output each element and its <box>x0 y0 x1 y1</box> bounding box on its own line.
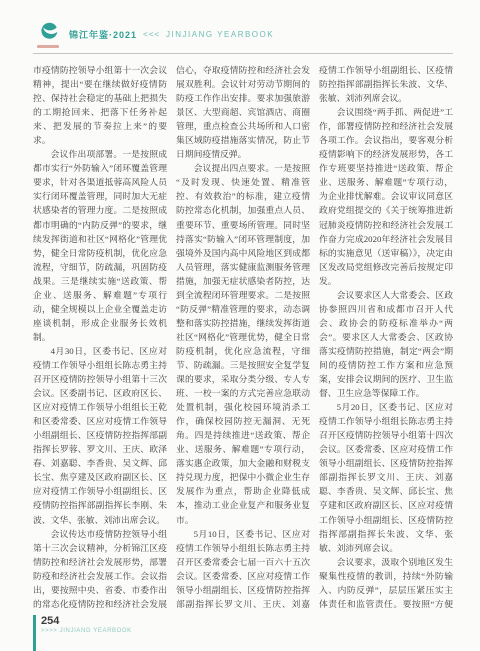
yearbook-page: 锦江年鉴·2021 <<< JINJIANG YEARBOOK 市疫情防控领导小… <box>0 0 480 651</box>
page-footer: 254 >>>> JINJIANG YEARBOOK <box>33 615 453 651</box>
header-rule <box>33 53 453 54</box>
paragraph: 5月20日，区委书记、区应对疫情工作领导小组组长陈志勇主持召开区疫情防控领导小组… <box>319 400 453 555</box>
text-column-3: 疫情工作领导小组副组长、区疫情防控指挥部副指挥长朱波、文华、张敏、刘沛列席会议。… <box>319 63 453 612</box>
logo-caption <box>37 45 59 48</box>
article-columns: 市疫情防控领导小组第十一次会议精神，提出“要在继续做好疫情防控、保持社会稳定的基… <box>33 63 453 612</box>
footer-rule <box>33 615 36 651</box>
paragraph: 会议围绕“两手抓、两促进”工作，部署疫情防控和经济社会发展各项工作。会议指出，要… <box>319 105 453 288</box>
paragraph: 信心，夺取疫情防控和经济社会发展双胜利。会议针对劳动节期间的防疫工作作出安排。要… <box>176 63 310 161</box>
page-header: 锦江年鉴·2021 <<< JINJIANG YEARBOOK <box>33 20 453 50</box>
footer-caption: >>>> JINJIANG YEARBOOK <box>41 628 132 634</box>
paragraph: 会议作出项部署。一是按照成都市实行“外防输入”闭环覆盖管理要求，针对各渠道抵蓉高… <box>33 147 167 344</box>
paragraph: 会议提出四点要求。一是按照“及时发现、快速处置、精准管控、有效救治”的标准，建立… <box>176 161 310 526</box>
page-number: 254 <box>41 615 132 627</box>
footer-text-block: 254 >>>> JINJIANG YEARBOOK <box>41 615 132 634</box>
paragraph: 5月10日，区委书记、区应对疫情工作领导小组组长陈志勇主持召开区委常委会七届一百… <box>176 527 310 612</box>
paragraph: 会议传达市疫情防控领导小组第十三次会议精神，分析锦江区疫情防控和经济社会发展形势… <box>33 527 167 612</box>
paragraph: 4月30日，区委书记、区应对疫情工作领导小组组长陈志勇主持召开区疫情防控领导小组… <box>33 344 167 527</box>
paragraph: 市疫情防控领导小组第十一次会议精神，提出“要在继续做好疫情防控、保持社会稳定的基… <box>33 63 167 147</box>
swirl-logo-icon <box>38 26 59 43</box>
yearbook-logo <box>33 20 63 48</box>
header-title-cn: 锦江年鉴·2021 <box>69 28 137 41</box>
text-column-1: 市疫情防控领导小组第十一次会议精神，提出“要在继续做好疫情防控、保持社会稳定的基… <box>33 63 167 612</box>
header-title-row: 锦江年鉴·2021 <<< JINJIANG YEARBOOK <box>69 28 274 41</box>
paragraph: 疫情工作领导小组副组长、区疫情防控指挥部副指挥长朱波、文华、张敏、刘沛列席会议。 <box>319 63 453 105</box>
paragraph: 会议要求，汲取个别地区发生聚集性疫情的教训，持续“外防输入、内防反弹”，层层压紧… <box>319 555 453 612</box>
header-separator: <<< <box>143 30 160 39</box>
text-column-2: 信心，夺取疫情防控和经济社会发展双胜利。会议针对劳动节期间的防疫工作作出安排。要… <box>176 63 310 612</box>
header-title-en: JINJIANG YEARBOOK <box>166 30 274 39</box>
paragraph: 会议要求区人大常委会、区政协参照四川省和成都市召开人代会、政协会的防疫标准举办“… <box>319 288 453 400</box>
